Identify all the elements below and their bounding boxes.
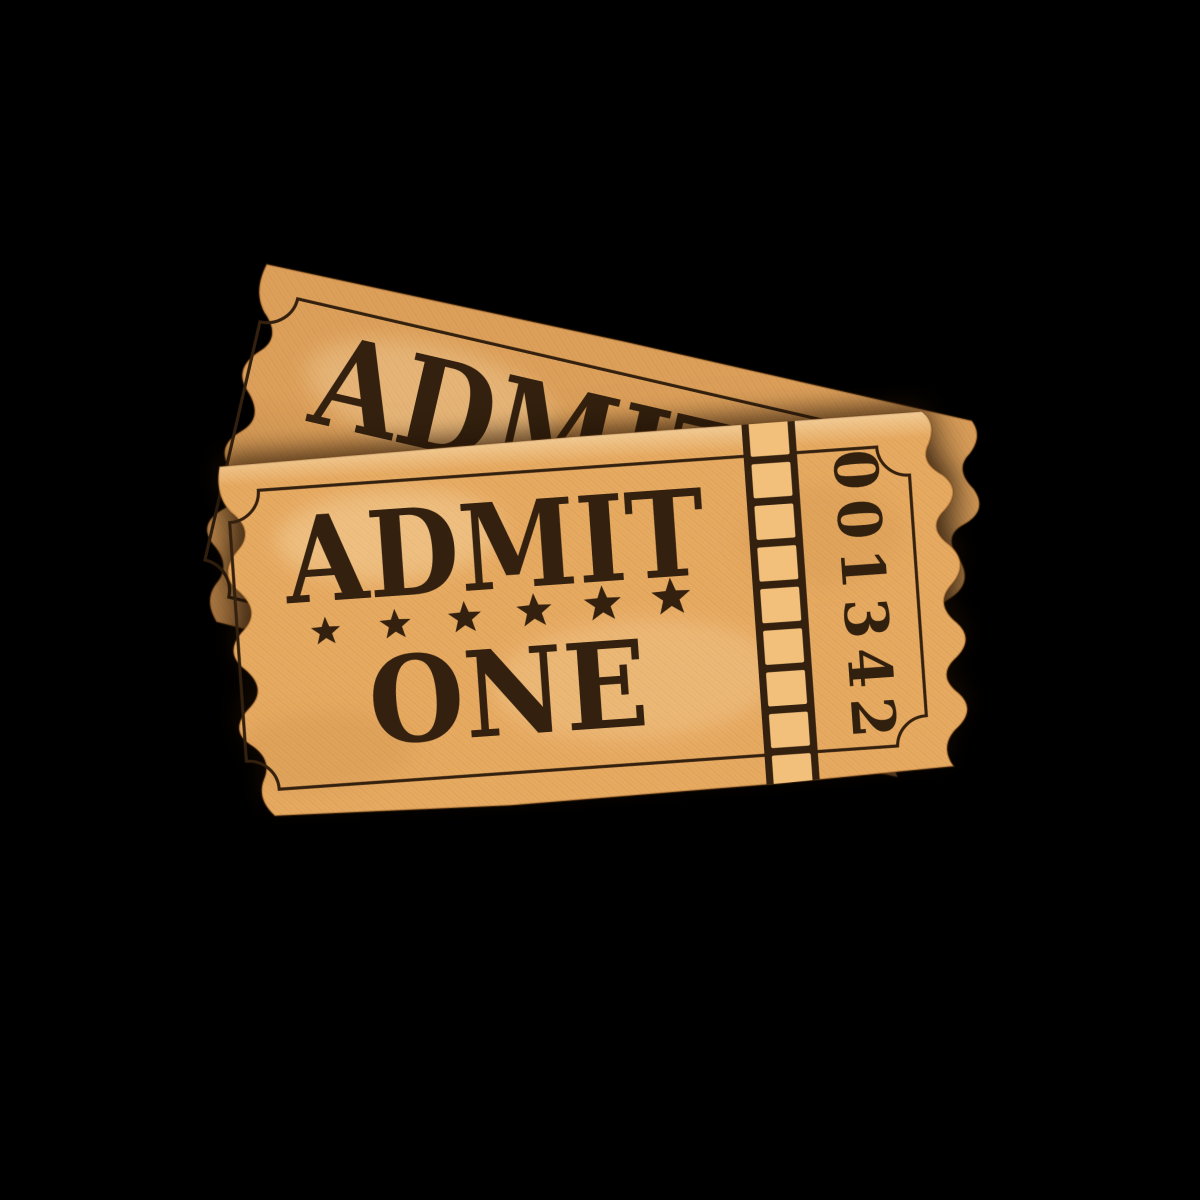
film-strip-hole	[757, 545, 798, 582]
film-strip-hole	[751, 462, 792, 499]
one-text: ONE	[364, 614, 652, 773]
scene-background: ADMIT ADMIT	[0, 0, 1200, 1200]
film-strip-hole	[748, 420, 789, 457]
admit-text: ADMIT	[279, 463, 709, 632]
film-strip-hole	[754, 503, 795, 540]
film-strip-hole	[766, 670, 807, 707]
film-strip-hole	[763, 628, 804, 665]
film-strip-hole	[760, 587, 801, 624]
ticket-front: ADMIT ONE	[178, 405, 982, 831]
film-strip-hole	[769, 711, 810, 748]
